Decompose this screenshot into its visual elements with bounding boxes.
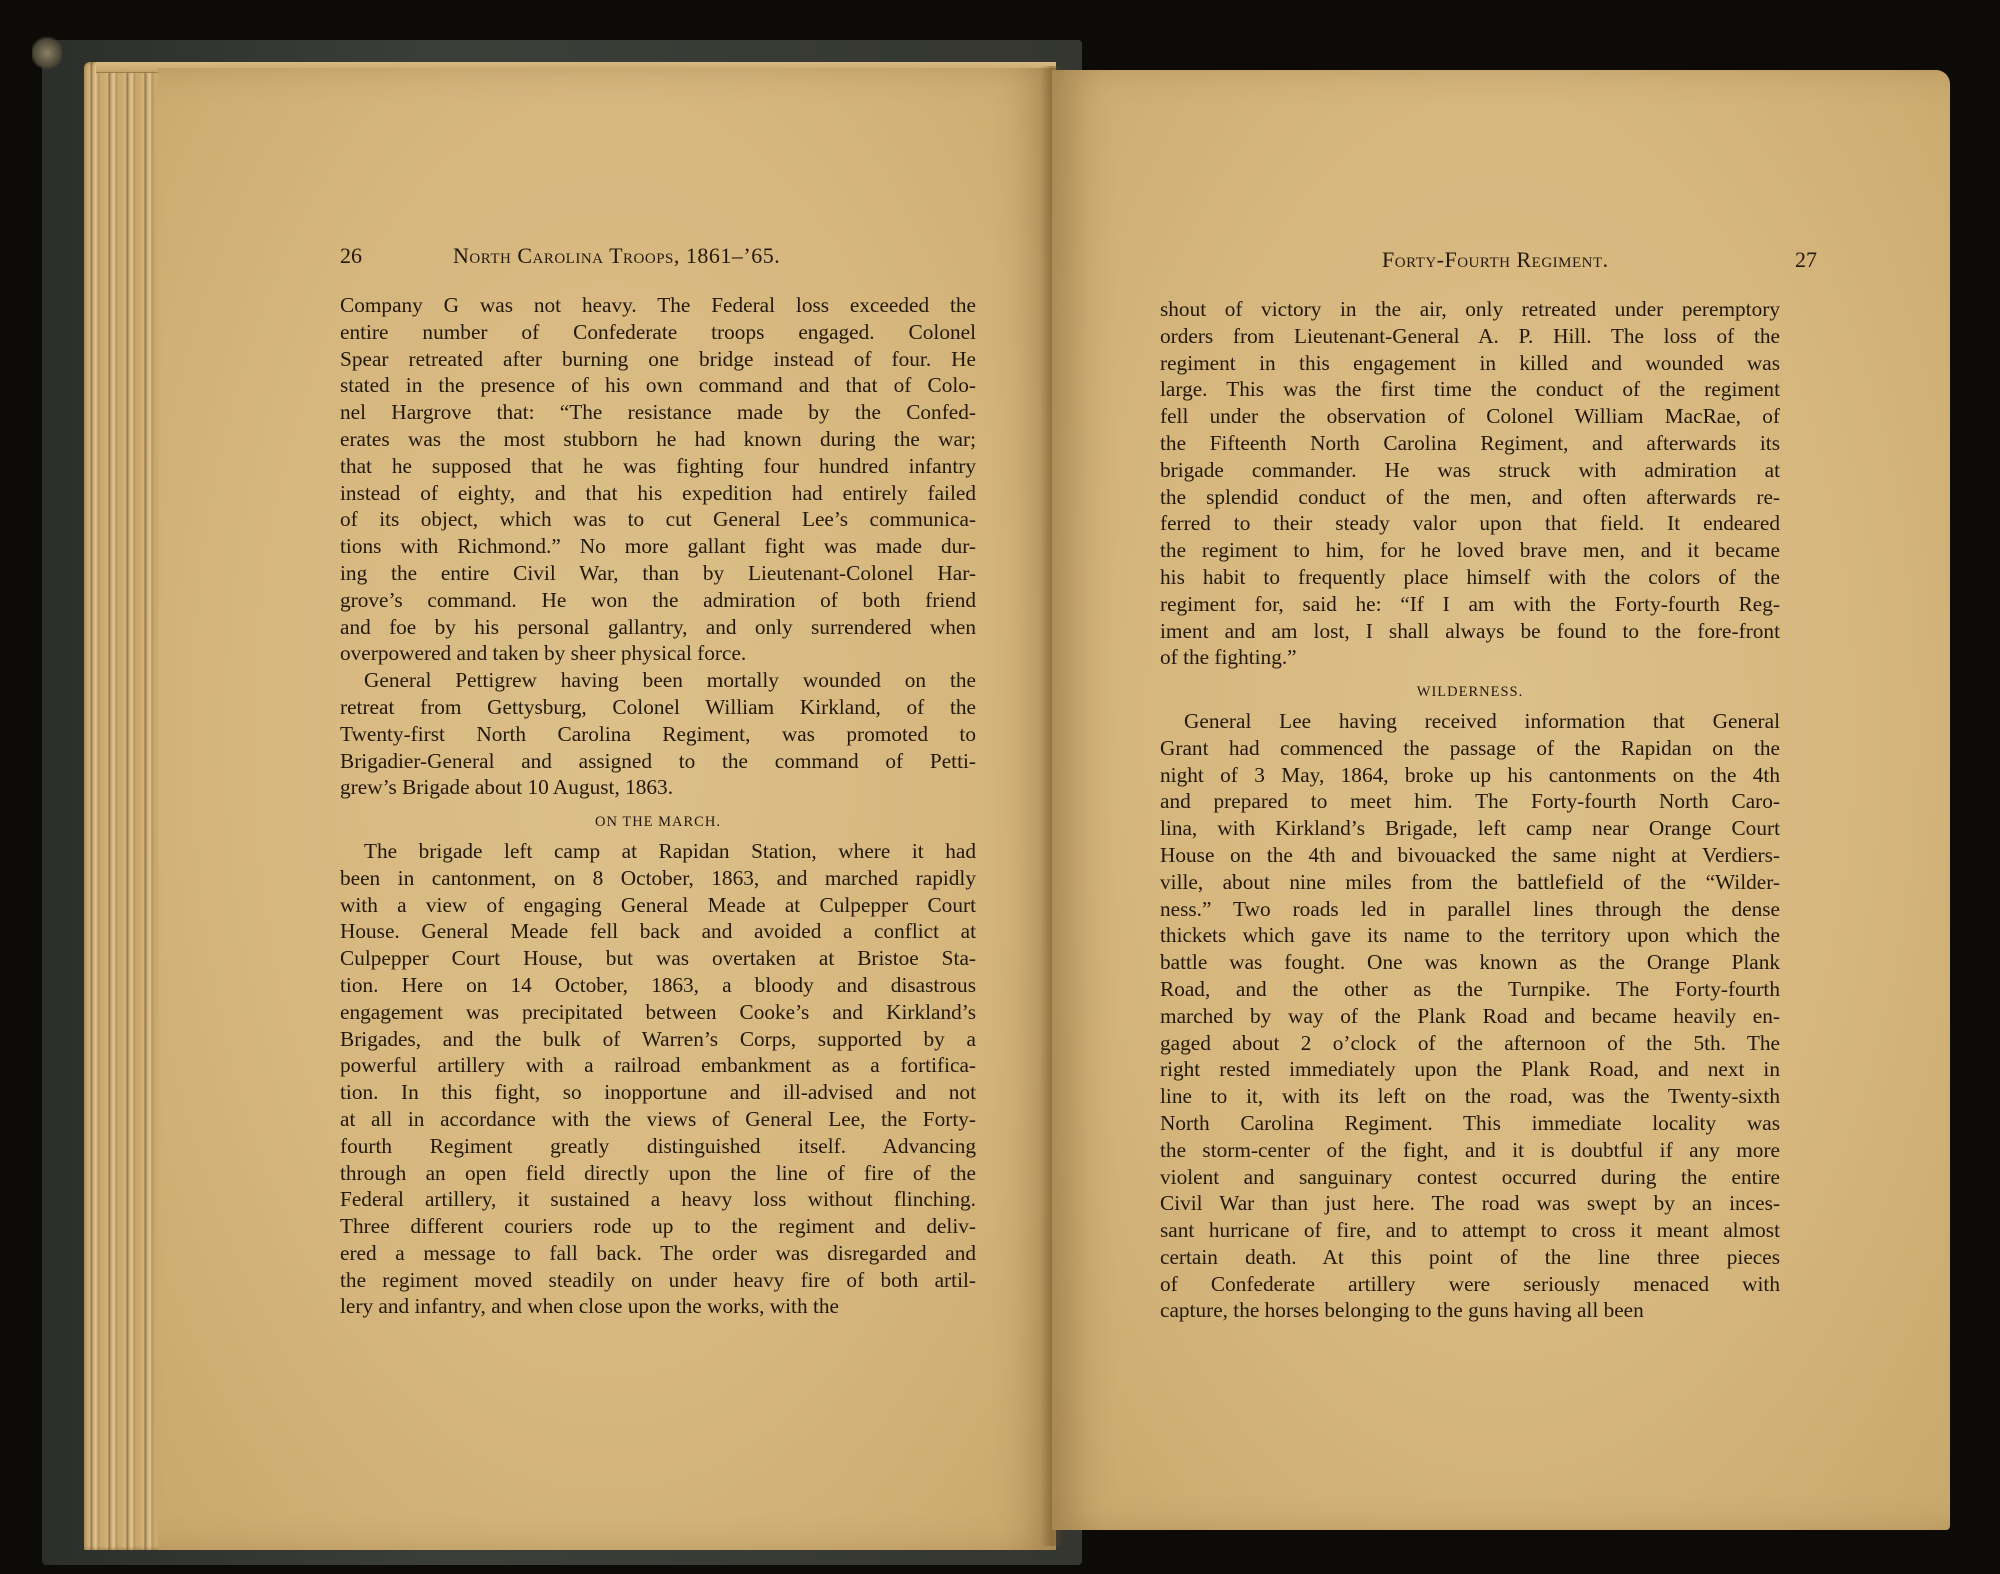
text-line: sant hurricane of fire, and to attempt t… — [1160, 1217, 1780, 1244]
text-line: fourth Regiment greatly distinguished it… — [340, 1133, 976, 1160]
left-running-head: 26 North Carolina Troops, 1861–’65. — [340, 243, 900, 273]
text-line: through an open field directly upon the … — [340, 1160, 976, 1187]
left-page: 26 North Carolina Troops, 1861–’65. Comp… — [158, 68, 1056, 1550]
text-line: that he supposed that he was fighting fo… — [340, 453, 976, 480]
text-line: thickets which gave its name to the terr… — [1160, 922, 1780, 949]
text-line: General Lee having received information … — [1160, 708, 1780, 735]
text-line: battle was fought. One was known as the … — [1160, 949, 1780, 976]
text-line: overpowered and taken by sheer physical … — [340, 640, 976, 667]
text-line: tion. Here on 14 October, 1863, a bloody… — [340, 972, 976, 999]
text-line: Culpepper Court House, but was overtaken… — [340, 945, 976, 972]
running-title: North Carolina Troops, 1861–’65. — [453, 243, 780, 269]
text-line: grove’s command. He won the admiration o… — [340, 587, 976, 614]
text-line: of Confederate artillery were seriously … — [1160, 1271, 1780, 1298]
text-line: General Pettigrew having been mortally w… — [340, 667, 976, 694]
text-line: Grant had commenced the passage of the R… — [1160, 735, 1780, 762]
text-line: the regiment moved steadily on under hea… — [340, 1267, 976, 1294]
text-line: ferred to their steady valor upon that f… — [1160, 510, 1780, 537]
text-line: Federal artillery, it sustained a heavy … — [340, 1186, 976, 1213]
text-line: right rested immediately upon the Plank … — [1160, 1056, 1780, 1083]
page-stack-edge — [84, 62, 164, 1550]
text-line: lina, with Kirkland’s Brigade, left camp… — [1160, 815, 1780, 842]
running-title: Forty-Fourth Regiment. — [1382, 247, 1609, 273]
text-line: regiment for, said he: “If I am with the… — [1160, 591, 1780, 618]
text-line: shout of victory in the air, only retrea… — [1160, 296, 1780, 323]
text-line: capture, the horses belonging to the gun… — [1160, 1297, 1780, 1324]
text-line: Brigades, and the bulk of Warren’s Corps… — [340, 1026, 976, 1053]
text-line: ered a message to fall back. The order w… — [340, 1240, 976, 1267]
text-line: erates was the most stubborn he had know… — [340, 426, 976, 453]
text-line: at all in accordance with the views of G… — [340, 1106, 976, 1133]
text-line: Road, and the other as the Turnpike. The… — [1160, 976, 1780, 1003]
text-line: line to it, with its left on the road, w… — [1160, 1083, 1780, 1110]
text-line: grew’s Brigade about 10 August, 1863. — [340, 774, 976, 801]
text-line: Brigadier-General and assigned to the co… — [340, 748, 976, 775]
text-line: and foe by his personal gallantry, and o… — [340, 614, 976, 641]
text-line: with a view of engaging General Meade at… — [340, 892, 976, 919]
text-line: tion. In this fight, so inopportune and … — [340, 1079, 976, 1106]
text-line: tions with Richmond.” No more gallant fi… — [340, 533, 976, 560]
text-line: North Carolina Regiment. This immediate … — [1160, 1110, 1780, 1137]
text-line: of its object, which was to cut General … — [340, 506, 976, 533]
right-text-column: shout of victory in the air, only retrea… — [1160, 296, 1780, 1324]
text-line: large. This was the first time the condu… — [1160, 376, 1780, 403]
text-line: been in cantonment, on 8 October, 1863, … — [340, 865, 976, 892]
text-line: ville, about nine miles from the battlef… — [1160, 869, 1780, 896]
text-line: his habit to frequently place himself wi… — [1160, 564, 1780, 591]
text-line: House on the 4th and bivouacked the same… — [1160, 842, 1780, 869]
text-line: Civil War than just here. The road was s… — [1160, 1190, 1780, 1217]
text-line: Twenty-first North Carolina Regiment, wa… — [340, 721, 976, 748]
text-line: the Fifteenth North Carolina Regiment, a… — [1160, 430, 1780, 457]
text-line: Spear retreated after burning one bridge… — [340, 346, 976, 373]
text-line: Three different couriers rode up to the … — [340, 1213, 976, 1240]
text-line: marched by way of the Plank Road and bec… — [1160, 1003, 1780, 1030]
text-line: and prepared to meet him. The Forty-four… — [1160, 788, 1780, 815]
right-page: Forty-Fourth Regiment. 27 shout of victo… — [1052, 70, 1950, 1530]
text-line: retreat from Gettysburg, Colonel William… — [340, 694, 976, 721]
text-line: nel Hargrove that: “The resistance made … — [340, 399, 976, 426]
text-line: gaged about 2 o’clock of the afternoon o… — [1160, 1030, 1780, 1057]
text-line: night of 3 May, 1864, broke up his canto… — [1160, 762, 1780, 789]
text-line: The brigade left camp at Rapidan Station… — [340, 838, 976, 865]
text-line: iment and am lost, I shall always be fou… — [1160, 618, 1780, 645]
text-line: the splendid conduct of the men, and oft… — [1160, 484, 1780, 511]
right-running-head: Forty-Fourth Regiment. 27 — [1160, 247, 1830, 277]
text-line: powerful artillery with a railroad emban… — [340, 1052, 976, 1079]
section-heading: ON THE MARCH. — [340, 807, 976, 834]
text-line: instead of eighty, and that his expediti… — [340, 480, 976, 507]
text-line: lery and infantry, and when close upon t… — [340, 1293, 976, 1320]
text-line: brigade commander. He was struck with ad… — [1160, 457, 1780, 484]
text-line: House. General Meade fell back and avoid… — [340, 918, 976, 945]
page-number: 26 — [340, 243, 362, 269]
text-line: ness.” Two roads led in parallel lines t… — [1160, 896, 1780, 923]
text-line: the storm-center of the fight, and it is… — [1160, 1137, 1780, 1164]
text-line: ing the entire Civil War, than by Lieute… — [340, 560, 976, 587]
text-line: stated in the presence of his own comman… — [340, 372, 976, 399]
text-line: fell under the observation of Colonel Wi… — [1160, 403, 1780, 430]
text-line: of the fighting.” — [1160, 644, 1780, 671]
text-line: regiment in this engagement in killed an… — [1160, 350, 1780, 377]
section-heading: WILDERNESS. — [1160, 677, 1780, 704]
text-line: the regiment to him, for he loved brave … — [1160, 537, 1780, 564]
cover-wear — [32, 36, 62, 70]
left-text-column: Company G was not heavy. The Federal los… — [340, 292, 976, 1320]
text-line: engagement was precipitated between Cook… — [340, 999, 976, 1026]
text-line: entire number of Confederate troops enga… — [340, 319, 976, 346]
page-number: 27 — [1795, 247, 1817, 273]
text-line: violent and sanguinary contest occurred … — [1160, 1164, 1780, 1191]
text-line: certain death. At this point of the line… — [1160, 1244, 1780, 1271]
text-line: Company G was not heavy. The Federal los… — [340, 292, 976, 319]
text-line: orders from Lieutenant-General A. P. Hil… — [1160, 323, 1780, 350]
